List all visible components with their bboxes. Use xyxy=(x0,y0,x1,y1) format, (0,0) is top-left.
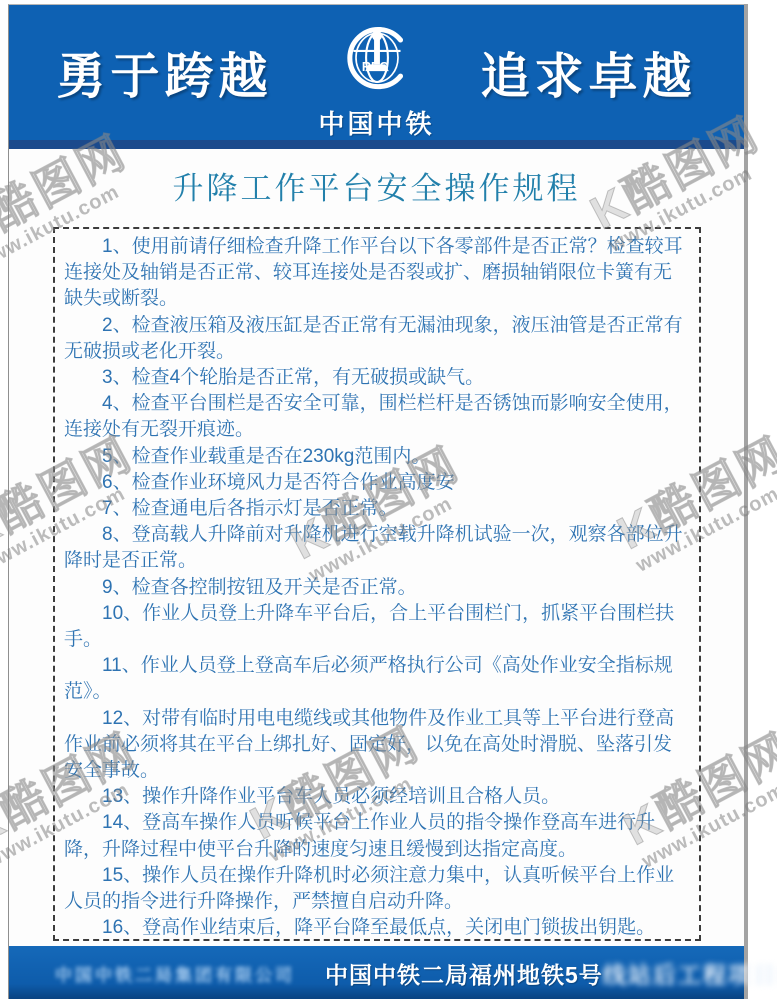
logo-caption: 中国中铁 xyxy=(318,104,434,141)
bottom-banner: 中国中铁二局集团有限公司 中国中铁二局福州地铁5号 线站后工程项目经理部！ xyxy=(9,946,744,999)
footer-company-name: 中国中铁二局福州地铁5号 xyxy=(325,957,603,990)
rule-item: 1、使用前请仔细检查升降工作平台以下各零部件是否正常？检查较耳连接处及轴销是否正… xyxy=(64,234,690,313)
rule-item: 2、检查液压箱及液压缸是否正常有无漏油现象，液压油管是否正常有无破损或老化开裂。 xyxy=(64,313,690,365)
rule-item: 7、检查通电后各指示灯是否正常。 xyxy=(64,496,690,522)
rule-item: 8、登高载人升降前对升降机进行空载升降机试验一次，观察各部位升降时是否正常。 xyxy=(64,522,690,574)
rule-item: 10、作业人员登上升降车平台后，合上平台围栏门，抓紧平台围栏扶手。 xyxy=(64,601,690,653)
rule-item: 9、检查各控制按钮及开关是否正常。 xyxy=(64,575,690,601)
slogan-right: 追求卓越 xyxy=(481,38,697,108)
rule-item: 4、检查平台围栏是否安全可靠，围栏栏杆是否锈蚀而影响安全使用，连接处有无裂开痕迹… xyxy=(64,391,690,443)
rule-item: 13、操作升降作业平台车人员必须经培训且合格人员。 xyxy=(64,784,690,810)
crec-logo-block: REC 中国中铁 xyxy=(307,19,447,141)
rule-item: 16、登高作业结束后，降平台降至最低点，关闭电门锁拔出钥匙。 xyxy=(64,915,690,941)
rules-box: 1、使用前请仔细检查升降工作平台以下各零部件是否正常？检查较耳连接处及轴销是否正… xyxy=(53,227,701,941)
rule-item: 12、对带有临时用电电缆线或其他物件及作业工具等上平台进行登高作业前必须将其在平… xyxy=(64,706,690,785)
slogan-left: 勇于跨越 xyxy=(56,38,272,108)
rule-item: 6、检查作业环境风力是否符合作业高度安 xyxy=(64,470,690,496)
poster-page: 勇于跨越 REC 中国中铁 追求卓 xyxy=(8,4,744,999)
crec-globe-logo-icon: REC xyxy=(335,19,419,103)
logo-letters: REC xyxy=(361,60,388,74)
footer-blurred-right: 线站后工程项目经理部！ xyxy=(603,957,777,990)
rule-item: 3、检查4个轮胎是否正常，有无破损或缺气。 xyxy=(64,365,690,391)
rule-item: 14、登高车操作人员听候平台上作业人员的指令操作登高车进行升降，升降过程中使平台… xyxy=(64,810,690,862)
poster-title: 升降工作平台安全操作规程 xyxy=(9,163,744,208)
rule-item: 5、检查作业载重是否在230kg范围内。 xyxy=(64,444,690,470)
footer-blurred-left: 中国中铁二局集团有限公司 xyxy=(55,961,295,986)
rule-item: 15、操作人员在操作升降机时必须注意力集中，认真听候平台上作业人员的指令进行升降… xyxy=(64,863,690,915)
banner-bottom-edge xyxy=(9,140,744,149)
rule-item: 11、作业人员登上登高车后必须严格执行公司《高处作业安全指标规范》。 xyxy=(64,653,690,705)
top-banner: 勇于跨越 REC 中国中铁 追求卓 xyxy=(9,5,744,140)
